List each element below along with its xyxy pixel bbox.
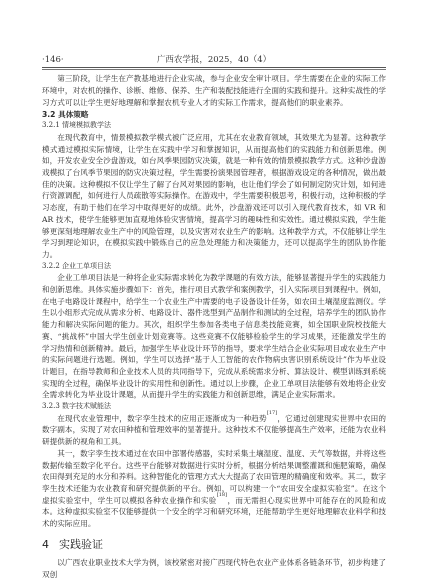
paragraph-practice-verification: 以广西农业职业技术大学为例，该校紧密对接广西现代特色农业产业体系各链条环节，初步… [42,557,386,580]
section-heading-3-2: 3.2 具体策略 [42,109,386,121]
citation-ref-17: [17] [267,410,277,416]
section-title: 实践验证 [59,538,103,551]
paragraph-digital-twin-intro: 在现代农业管理中，数字孪生技术的应用正逐渐成为一种趋势[17]，它通过创建现实世… [42,413,386,448]
page-number: ·146· [42,54,102,66]
subsection-heading-3-2-2: 3.2.2 企业工单项目法 [42,261,386,273]
subsection-heading-3-2-1: 3.2.1 情境模拟教学法 [42,120,386,132]
section-number: 4 [42,538,49,551]
citation-ref-18: [18] [217,492,227,498]
text: 在现代农业管理中，数字孪生技术的应用正逐渐成为一种趋势 [57,414,267,423]
journal-page: ·146· 广西农学报，2025，40（4） 第三阶段，让学生在产教基地进行企业… [42,54,386,580]
journal-citation: 广西农学报，2025，40（4） [102,54,386,66]
paragraph-scenario-simulation: 在现代教育中，情景模拟教学模式被广泛应用，尤其在农业教育领域，其效果尤为显著。这… [42,132,386,261]
subsection-heading-3-2-3: 3.2.3 数字技术赋能法 [42,401,386,413]
header-rule [42,67,386,70]
paragraph-stage-three: 第三阶段，让学生在产教基地进行企业实战，参与企业安全审计项目。学生需要在企业的实… [42,73,386,108]
running-header: ·146· 广西农学报，2025，40（4） [42,54,386,66]
paragraph-enterprise-work-order: 企业工单项目法是一种将企业实际需求转化为教学课题的有效方法，能够显著提升学生的实… [42,272,386,401]
section-heading-4: 4实践验证 [42,535,386,555]
paragraph-digital-twin-details: 其一，数字孪生技术通过在农田中部署传感器，实时采集土壤湿度、温度、天气等数据，并… [42,448,386,530]
